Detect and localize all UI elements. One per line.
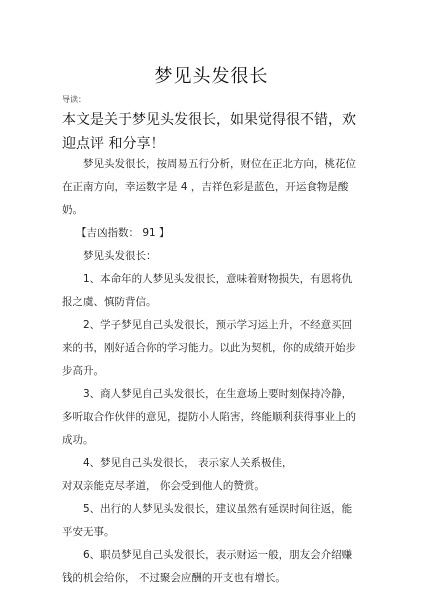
list-item: 2、学子梦见自己头发很长，预示学习运上升，不经意买回来的书，刚好适合你的学习能力… — [62, 314, 362, 383]
fortune-index: 【吉凶指数： 91 】 — [62, 222, 362, 245]
list-item: 6、职员梦见自己头发很长，表示财运一般，朋友会介绍赚钱的机会给你， 不过聚会应酬… — [62, 544, 362, 590]
document-title: 梦见头发很长 — [0, 62, 423, 88]
guide-label: 导读： — [62, 94, 86, 105]
document-body: 梦见头发很长，按周易五行分析，财位在正北方向，桃花位在正南方向，幸运数字是 4 … — [62, 153, 362, 590]
list-item: 1、本命年的人梦见头发很长，意味着财物损失，有恩将仇报之虞、慎防背信。 — [62, 268, 362, 314]
intro-paragraph: 梦见头发很长，按周易五行分析，财位在正北方向，桃花位在正南方向，幸运数字是 4 … — [62, 153, 362, 222]
section-heading: 梦见头发很长： — [62, 245, 362, 268]
list-item: 4、梦见自己头发很长， 表示家人关系极佳， — [62, 452, 362, 475]
list-item: 5、出行的人梦见头发很长，建议虽然有延误时间往返，能平安无事。 — [62, 498, 362, 544]
list-item-continuation: 对双亲能克尽孝道， 你会受到他人的赞赏。 — [62, 475, 362, 498]
list-item: 3、商人梦见自己头发很长，在生意场上要时刻保持冷静，多听取合作伙伴的意见，提防小… — [62, 383, 362, 452]
document-page: 梦见头发很长 导读： 本文是关于梦见头发很长，如果觉得很不错，欢迎点评 和分享！… — [0, 0, 423, 600]
lead-paragraph: 本文是关于梦见头发很长，如果觉得很不错，欢迎点评 和分享！ — [62, 108, 362, 156]
